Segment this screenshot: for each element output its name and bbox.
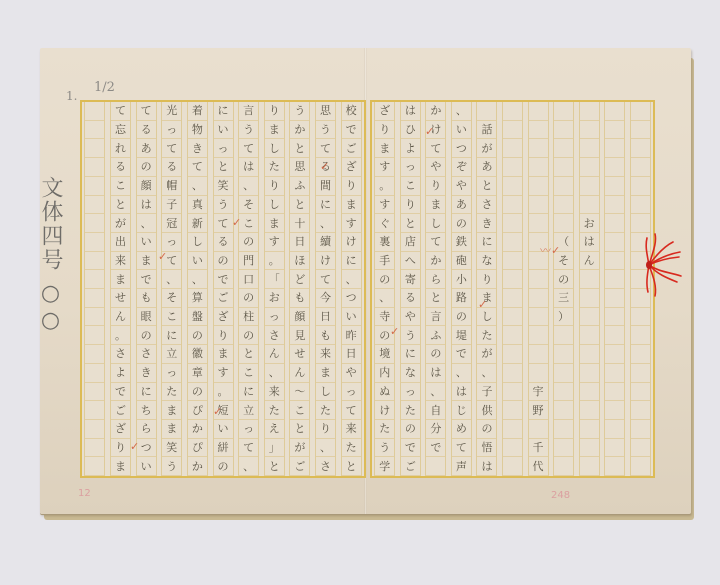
manuscript-cell bbox=[580, 401, 599, 420]
manuscript-cell bbox=[580, 177, 599, 196]
corner-mark-left: 1. bbox=[66, 89, 77, 103]
manuscript-cell: し bbox=[188, 233, 207, 252]
manuscript-cell: あ bbox=[137, 139, 156, 158]
manuscript-cell: ふ bbox=[290, 177, 309, 196]
manuscript-cell bbox=[554, 345, 573, 364]
manuscript-cell bbox=[580, 420, 599, 439]
manuscript-cell bbox=[85, 196, 104, 215]
manuscript-cell bbox=[529, 214, 548, 233]
manuscript-cell: き bbox=[137, 364, 156, 383]
manuscript-column: 着物きて、真新しい、算盤の徽章のぴかぴか bbox=[187, 102, 208, 476]
manuscript-cell: へ bbox=[401, 252, 420, 271]
manuscript-cell: て bbox=[452, 439, 471, 458]
manuscript-cell: に bbox=[137, 383, 156, 402]
manuscript-cell: 、 bbox=[188, 177, 207, 196]
manuscript-cell: す bbox=[342, 214, 361, 233]
manuscript-cell: え bbox=[265, 420, 284, 439]
manuscript-cell: 冠 bbox=[162, 214, 181, 233]
manuscript-cell bbox=[85, 233, 104, 252]
manuscript-cell: 絣 bbox=[214, 439, 233, 458]
manuscript-cell: は bbox=[477, 457, 496, 476]
manuscript-cell bbox=[503, 139, 522, 158]
manuscript-cell: り bbox=[265, 177, 284, 196]
manuscript-cell: 帽 bbox=[162, 177, 181, 196]
manuscript-cell: 日 bbox=[290, 233, 309, 252]
manuscript-cell bbox=[85, 345, 104, 364]
manuscript-cell: 出 bbox=[111, 233, 130, 252]
manuscript-cell: こ bbox=[290, 401, 309, 420]
manuscript-cell: 堤 bbox=[452, 326, 471, 345]
manuscript-cell bbox=[580, 308, 599, 327]
manuscript-cell: 」 bbox=[265, 439, 284, 458]
manuscript-cell: 来 bbox=[316, 345, 335, 364]
manuscript-cell: か bbox=[188, 420, 207, 439]
manuscript-cell bbox=[554, 457, 573, 476]
manuscript-cell: つ bbox=[137, 439, 156, 458]
right-page-grid: おはん（その三）宇野千代話があとさきになりましたが、子供の悟は、いつぞやあの鉄砲… bbox=[370, 100, 655, 478]
manuscript-cell bbox=[580, 439, 599, 458]
manuscript-cell: 。 bbox=[111, 326, 130, 345]
manuscript-cell: ん bbox=[265, 345, 284, 364]
manuscript-cell: て bbox=[214, 214, 233, 233]
manuscript-cell: の bbox=[188, 383, 207, 402]
manuscript-cell: ん bbox=[111, 308, 130, 327]
manuscript-cell bbox=[554, 383, 573, 402]
manuscript-cell: ぞ bbox=[452, 158, 471, 177]
manuscript-cell: き bbox=[188, 139, 207, 158]
manuscript-cell bbox=[503, 401, 522, 420]
manuscript-cell: り bbox=[265, 102, 284, 121]
manuscript-cell: 宇 bbox=[529, 383, 548, 402]
manuscript-cell bbox=[605, 177, 624, 196]
manuscript-cell: こ bbox=[162, 308, 181, 327]
manuscript-cell: や bbox=[342, 364, 361, 383]
manuscript-cell: に bbox=[477, 233, 496, 252]
manuscript-cell bbox=[580, 196, 599, 215]
manuscript-cell: す bbox=[375, 196, 394, 215]
manuscript-cell: に bbox=[316, 196, 335, 215]
manuscript-cell: ぬ bbox=[375, 383, 394, 402]
manuscript-cell bbox=[605, 139, 624, 158]
editor-check-mark: ✓ bbox=[478, 298, 487, 311]
manuscript-cell: 内 bbox=[375, 364, 394, 383]
manuscript-cell: た bbox=[375, 420, 394, 439]
manuscript-cell bbox=[529, 364, 548, 383]
manuscript-cell bbox=[554, 214, 573, 233]
manuscript-cell bbox=[580, 158, 599, 177]
manuscript-cell bbox=[85, 158, 104, 177]
manuscript-cell: か bbox=[426, 252, 445, 271]
manuscript-cell bbox=[580, 270, 599, 289]
manuscript-cell: り bbox=[375, 121, 394, 140]
manuscript-cell: の bbox=[239, 289, 258, 308]
manuscript-cell: ぴ bbox=[188, 401, 207, 420]
manuscript-cell: 裏 bbox=[375, 233, 394, 252]
manuscript-cell bbox=[554, 158, 573, 177]
manuscript-cell: て bbox=[162, 139, 181, 158]
manuscript-cell: 思 bbox=[290, 158, 309, 177]
manuscript-cell: た bbox=[477, 326, 496, 345]
manuscript-cell: と bbox=[426, 289, 445, 308]
manuscript-cell: て bbox=[137, 102, 156, 121]
manuscript-cell: 三 bbox=[554, 289, 573, 308]
manuscript-cell: と bbox=[290, 420, 309, 439]
manuscript-cell: か bbox=[290, 121, 309, 140]
manuscript-cell bbox=[631, 139, 650, 158]
manuscript-cell: し bbox=[265, 139, 284, 158]
manuscript-cell: ま bbox=[162, 401, 181, 420]
manuscript-cell bbox=[554, 196, 573, 215]
manuscript-cell: 、 bbox=[426, 383, 445, 402]
manuscript-cell bbox=[503, 233, 522, 252]
manuscript-cell: て bbox=[111, 102, 130, 121]
manuscript-cell: 来 bbox=[265, 383, 284, 402]
manuscript-cell: い bbox=[214, 121, 233, 140]
manuscript-cell: や bbox=[401, 308, 420, 327]
left-page-grid: 校でござりますけに、つい昨日やって来たと思うてる間に、續けて今日も来ましたり、さ… bbox=[80, 100, 366, 478]
manuscript-cell: で bbox=[214, 270, 233, 289]
manuscript-cell: の bbox=[477, 420, 496, 439]
manuscript-cell: 、 bbox=[452, 102, 471, 121]
manuscript-cell: が bbox=[477, 345, 496, 364]
manuscript-cell: 見 bbox=[290, 326, 309, 345]
manuscript-cell: う bbox=[375, 439, 394, 458]
manuscript-cell: 立 bbox=[162, 345, 181, 364]
manuscript-cell: 光 bbox=[162, 102, 181, 121]
manuscript-cell bbox=[529, 102, 548, 121]
manuscript-cell bbox=[605, 308, 624, 327]
manuscript-cell: す bbox=[214, 364, 233, 383]
manuscript-cell: に bbox=[214, 102, 233, 121]
manuscript-cell bbox=[631, 196, 650, 215]
manuscript-cell: で bbox=[401, 439, 420, 458]
manuscript-cell: り bbox=[111, 439, 130, 458]
manuscript-cell: 徽 bbox=[188, 345, 207, 364]
manuscript-cell: ざ bbox=[214, 308, 233, 327]
manuscript-cell bbox=[554, 439, 573, 458]
manuscript-cell: 校 bbox=[342, 102, 361, 121]
manuscript-column bbox=[502, 102, 523, 476]
manuscript-cell: こ bbox=[111, 177, 130, 196]
manuscript-cell: る bbox=[214, 233, 233, 252]
manuscript-cell: 店 bbox=[401, 233, 420, 252]
manuscript-cell bbox=[554, 121, 573, 140]
manuscript-cell: の bbox=[214, 457, 233, 476]
manuscript-cell: ご bbox=[401, 457, 420, 476]
manuscript-cell bbox=[605, 102, 624, 121]
manuscript-cell: と bbox=[265, 457, 284, 476]
manuscript-cell: 章 bbox=[188, 364, 207, 383]
manuscript-cell: い bbox=[137, 233, 156, 252]
manuscript-cell: 寄 bbox=[401, 270, 420, 289]
manuscript-cell bbox=[605, 420, 624, 439]
manuscript-cell: ま bbox=[265, 214, 284, 233]
manuscript-cell: 学 bbox=[375, 457, 394, 476]
manuscript-cell: 、 bbox=[342, 270, 361, 289]
manuscript-cell bbox=[503, 158, 522, 177]
manuscript-cell: 境 bbox=[375, 345, 394, 364]
manuscript-cell: は bbox=[580, 233, 599, 252]
manuscript-cell: ） bbox=[554, 308, 573, 327]
manuscript-cell bbox=[529, 270, 548, 289]
manuscript-cell: た bbox=[316, 401, 335, 420]
manuscript-cell: う bbox=[316, 121, 335, 140]
manuscript-cell bbox=[529, 289, 548, 308]
manuscript-cell: な bbox=[401, 364, 420, 383]
manuscript-cell: う bbox=[290, 102, 309, 121]
manuscript-cell: と bbox=[290, 139, 309, 158]
manuscript-cell: り bbox=[477, 270, 496, 289]
manuscript-cell bbox=[580, 139, 599, 158]
manuscript-cell: ん bbox=[580, 252, 599, 271]
manuscript-cell: ～ bbox=[290, 383, 309, 402]
manuscript-cell: ま bbox=[265, 121, 284, 140]
manuscript-cell: が bbox=[290, 439, 309, 458]
manuscript-cell: ひ bbox=[401, 121, 420, 140]
manuscript-cell: よ bbox=[111, 364, 130, 383]
manuscript-cell: で bbox=[342, 121, 361, 140]
manuscript-column: 光ってる帽子冠って、そこに立ったまま笑う bbox=[161, 102, 182, 476]
editor-check-mark: ✓ bbox=[213, 405, 222, 418]
manuscript-cell: が bbox=[111, 214, 130, 233]
editor-check-mark: ✓ bbox=[232, 216, 241, 229]
manuscript-cell bbox=[580, 289, 599, 308]
manuscript-cell: 来 bbox=[342, 420, 361, 439]
manuscript-cell: と bbox=[290, 196, 309, 215]
manuscript-cell: う bbox=[214, 196, 233, 215]
manuscript-cell bbox=[529, 345, 548, 364]
manuscript-cell: お bbox=[580, 214, 599, 233]
manuscript-cell bbox=[85, 252, 104, 271]
manuscript-cell: の bbox=[239, 233, 258, 252]
manuscript-cell: い bbox=[452, 121, 471, 140]
manuscript-cell bbox=[605, 326, 624, 345]
manuscript-cell: と bbox=[111, 196, 130, 215]
editor-check-mark: ✓ bbox=[390, 325, 399, 338]
manuscript-cell bbox=[85, 401, 104, 420]
manuscript-cell: 眼 bbox=[137, 308, 156, 327]
manuscript-cell: 、 bbox=[239, 177, 258, 196]
manuscript-cell: 話 bbox=[477, 121, 496, 140]
manuscript-column: かけてやりましてからと言ふのは、自分で bbox=[425, 102, 446, 476]
manuscript-cell bbox=[631, 439, 650, 458]
manuscript-cell bbox=[631, 457, 650, 476]
manuscript-cell: 算 bbox=[188, 289, 207, 308]
manuscript-cell: い bbox=[214, 420, 233, 439]
manuscript-cell: ど bbox=[290, 270, 309, 289]
manuscript-cell bbox=[631, 401, 650, 420]
manuscript-cell: 来 bbox=[111, 252, 130, 271]
manuscript-cell: あ bbox=[452, 196, 471, 215]
manuscript-cell: も bbox=[290, 289, 309, 308]
manuscript-cell: 。 bbox=[214, 383, 233, 402]
manuscript-cell: う bbox=[401, 326, 420, 345]
manuscript-cell: ざ bbox=[375, 102, 394, 121]
manuscript-cell: ま bbox=[111, 457, 130, 476]
manuscript-cell: 、 bbox=[162, 270, 181, 289]
manuscript-cell: ま bbox=[111, 270, 130, 289]
manuscript-cell: 自 bbox=[426, 401, 445, 420]
manuscript-cell: 日 bbox=[342, 345, 361, 364]
corner-mark-fraction: 1/2 bbox=[94, 80, 115, 95]
manuscript-cell: い bbox=[137, 457, 156, 476]
manuscript-cell bbox=[631, 214, 650, 233]
manuscript-cell: な bbox=[477, 252, 496, 271]
manuscript-cell bbox=[605, 252, 624, 271]
manuscript-cell: 立 bbox=[239, 401, 258, 420]
manuscript-cell bbox=[85, 364, 104, 383]
manuscript-column: はひよっこりと店へ寄るやうになったのでご bbox=[400, 102, 421, 476]
manuscript-cell: ら bbox=[426, 270, 445, 289]
manuscript-cell: て bbox=[426, 139, 445, 158]
manuscript-cell: る bbox=[401, 289, 420, 308]
manuscript-cell: 悟 bbox=[477, 439, 496, 458]
manuscript-cell bbox=[85, 214, 104, 233]
manuscript-cell: さ bbox=[477, 196, 496, 215]
manuscript-cell: に bbox=[342, 252, 361, 271]
manuscript-cell: が bbox=[477, 139, 496, 158]
margin-note: 文体四号 ○○ bbox=[36, 176, 64, 335]
editor-check-mark: ✓ bbox=[130, 440, 139, 453]
manuscript-cell bbox=[85, 270, 104, 289]
manuscript-cell: っ bbox=[162, 364, 181, 383]
manuscript-cell: 真 bbox=[188, 196, 207, 215]
manuscript-cell: も bbox=[316, 326, 335, 345]
manuscript-cell bbox=[529, 121, 548, 140]
manuscript-cell bbox=[503, 252, 522, 271]
manuscript-cell: で bbox=[426, 439, 445, 458]
manuscript-cell bbox=[605, 345, 624, 364]
manuscript-cell: 言 bbox=[426, 308, 445, 327]
manuscript-cell: の bbox=[452, 214, 471, 233]
manuscript-cell bbox=[554, 139, 573, 158]
manuscript-cell bbox=[85, 102, 104, 121]
manuscript-cell: た bbox=[342, 439, 361, 458]
manuscript-cell: 砲 bbox=[452, 252, 471, 271]
manuscript-cell: 言 bbox=[239, 102, 258, 121]
manuscript-cell: せ bbox=[111, 289, 130, 308]
manuscript-cell bbox=[605, 158, 624, 177]
manuscript-cell: か bbox=[426, 102, 445, 121]
manuscript-cell: の bbox=[401, 420, 420, 439]
manuscript-cell: こ bbox=[239, 214, 258, 233]
manuscript-cell: 物 bbox=[188, 121, 207, 140]
manuscript-cell: そ bbox=[162, 289, 181, 308]
editor-wavy-mark: 〰✓ bbox=[540, 242, 560, 258]
manuscript-cell: ち bbox=[137, 401, 156, 420]
manuscript-cell bbox=[631, 420, 650, 439]
manuscript-cell: っ bbox=[265, 308, 284, 327]
manuscript-cell bbox=[631, 345, 650, 364]
manuscript-cell bbox=[631, 177, 650, 196]
manuscript-cell bbox=[580, 121, 599, 140]
manuscript-cell: 子 bbox=[162, 196, 181, 215]
manuscript-cell: 顔 bbox=[137, 177, 156, 196]
manuscript-cell: ま bbox=[342, 196, 361, 215]
manuscript-cell: つ bbox=[452, 139, 471, 158]
manuscript-cell: 日 bbox=[316, 308, 335, 327]
manuscript-cell: て bbox=[239, 139, 258, 158]
manuscript-cell: お bbox=[265, 289, 284, 308]
manuscript-column: ざります。すぐ裏手の、寺の境内ぬけたう学 bbox=[374, 102, 395, 476]
manuscript-cell: に bbox=[162, 326, 181, 345]
manuscript-cell: ま bbox=[214, 345, 233, 364]
manuscript-cell: け bbox=[375, 401, 394, 420]
manuscript-cell: と bbox=[239, 345, 258, 364]
manuscript-cell: 十 bbox=[290, 214, 309, 233]
manuscript-cell: り bbox=[426, 177, 445, 196]
manuscript-cell: た bbox=[401, 401, 420, 420]
page-number-right: 248 bbox=[551, 490, 570, 501]
manuscript-cell: ま bbox=[316, 364, 335, 383]
manuscript-cell: の bbox=[239, 326, 258, 345]
manuscript-cell: あ bbox=[477, 158, 496, 177]
manuscript-cell: 、 bbox=[316, 439, 335, 458]
manuscript-cell: と bbox=[342, 457, 361, 476]
manuscript-column: 宇野千代 bbox=[528, 102, 549, 476]
manuscript-cell bbox=[503, 345, 522, 364]
manuscript-cell bbox=[605, 196, 624, 215]
manuscript-cell bbox=[605, 383, 624, 402]
manuscript-cell: た bbox=[162, 383, 181, 402]
manuscript-column: 、いつぞやあの鉄砲小路の堤で、はじめて声 bbox=[451, 102, 472, 476]
manuscript-cell bbox=[503, 196, 522, 215]
manuscript-cell bbox=[580, 326, 599, 345]
manuscript-cell bbox=[605, 457, 624, 476]
manuscript-column: おはん bbox=[579, 102, 600, 476]
manuscript-cell bbox=[580, 457, 599, 476]
manuscript-cell: め bbox=[452, 420, 471, 439]
manuscript-cell: い bbox=[342, 308, 361, 327]
manuscript-cell: は bbox=[452, 383, 471, 402]
manuscript-cell: の bbox=[214, 252, 233, 271]
manuscript-cell: 思 bbox=[316, 102, 335, 121]
manuscript-cell: は bbox=[137, 196, 156, 215]
manuscript-cell: て bbox=[316, 139, 335, 158]
manuscript-cell bbox=[503, 326, 522, 345]
manuscript-cell: 路 bbox=[452, 289, 471, 308]
manuscript-cell: ご bbox=[111, 401, 130, 420]
manuscript-cell bbox=[529, 177, 548, 196]
manuscript-cell: ざ bbox=[342, 158, 361, 177]
manuscript-cell: し bbox=[265, 196, 284, 215]
manuscript-cell bbox=[85, 439, 104, 458]
manuscript-cell: さ bbox=[316, 457, 335, 476]
manuscript-cell: ほ bbox=[290, 252, 309, 271]
manuscript-column: 言うては、そこの門口の柱のとこに立って、 bbox=[238, 102, 259, 476]
manuscript-cell: と bbox=[214, 158, 233, 177]
manuscript-cell: て bbox=[426, 233, 445, 252]
manuscript-cell: る bbox=[111, 158, 130, 177]
manuscript-cell: つ bbox=[342, 289, 361, 308]
manuscript-cell: 寺 bbox=[375, 308, 394, 327]
manuscript-cell bbox=[554, 177, 573, 196]
manuscript-cell bbox=[605, 364, 624, 383]
manuscript-cell bbox=[605, 233, 624, 252]
manuscript-cell bbox=[605, 121, 624, 140]
manuscript-cell bbox=[631, 364, 650, 383]
manuscript-cell: も bbox=[137, 289, 156, 308]
manuscript-cell bbox=[85, 177, 104, 196]
manuscript-column: りましたりします。「おっさん、来たえ」と bbox=[264, 102, 285, 476]
manuscript-cell bbox=[529, 158, 548, 177]
manuscript-cell: て bbox=[316, 270, 335, 289]
manuscript-cell: 着 bbox=[188, 102, 207, 121]
manuscript-column bbox=[604, 102, 625, 476]
manuscript-cell bbox=[554, 102, 573, 121]
manuscript-cell bbox=[503, 102, 522, 121]
red-binding-tassel bbox=[643, 232, 683, 298]
